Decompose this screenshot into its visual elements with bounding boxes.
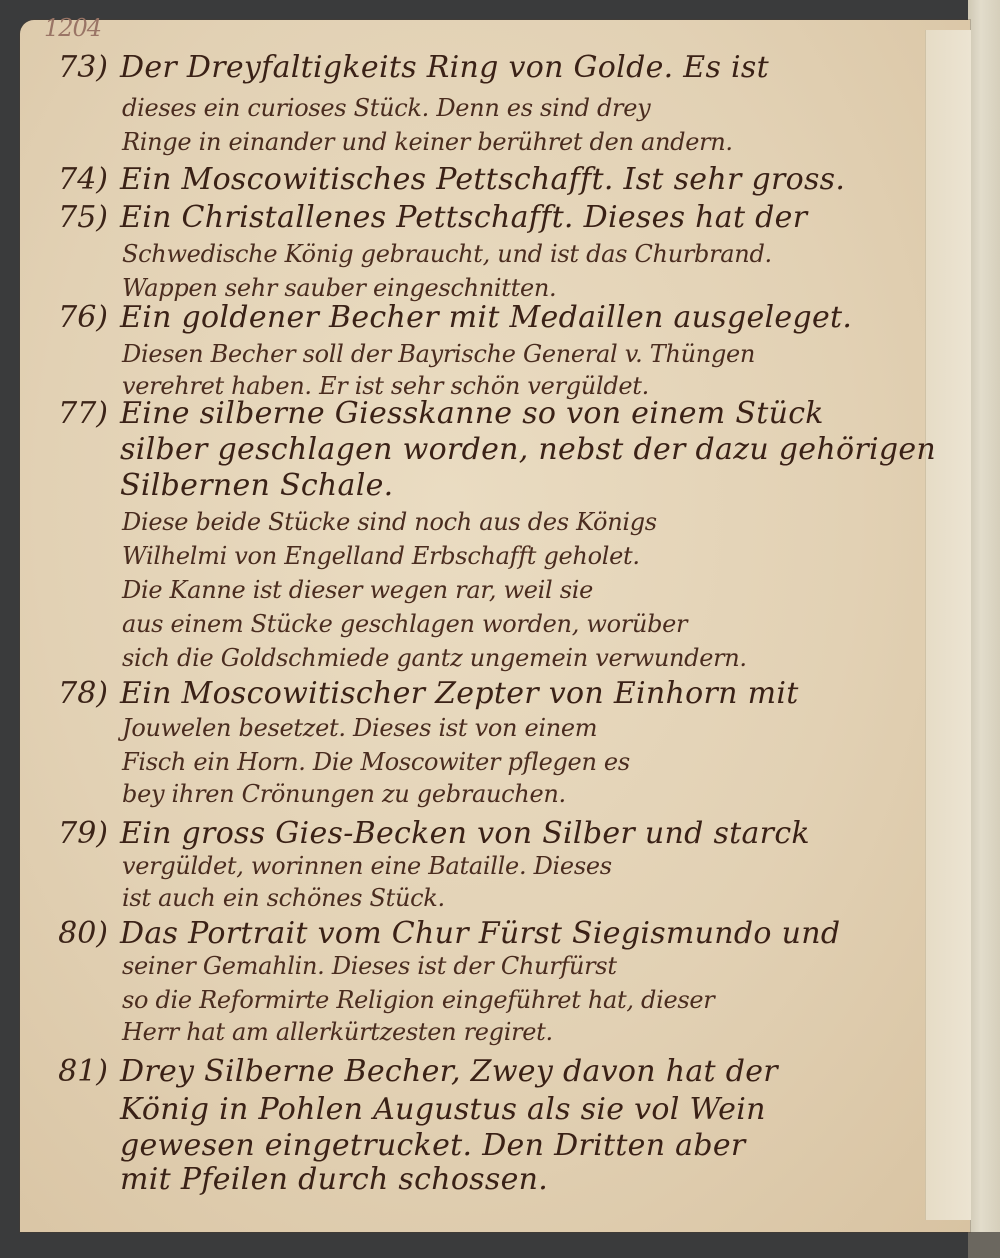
entry-note-line: ist auch ein schönes Stück.	[122, 884, 445, 912]
entry-note-line: Ringe in einander und keiner berühret de…	[122, 128, 733, 156]
entry-number: 79)	[38, 816, 108, 851]
entry-title: Ein Christallenes Pettschafft. Dieses ha…	[120, 200, 807, 235]
entry-note-line: Fisch ein Horn. Die Moscowiter pflegen e…	[122, 748, 630, 776]
entry-note-line: Diese beide Stücke sind noch aus des Kön…	[122, 508, 657, 536]
entry-title-line: König in Pohlen Augustus als sie vol Wei…	[120, 1092, 766, 1127]
entry-note-line: Schwedische König gebraucht, und ist das…	[122, 240, 772, 268]
entry-note-line: Diesen Becher soll der Bayrische General…	[122, 340, 755, 368]
entry-title: Ein gross Gies-Becken von Silber und sta…	[120, 816, 810, 851]
book-spine	[968, 0, 1000, 1258]
page-fold	[925, 30, 971, 1220]
entry-title: Der Dreyfaltigkeits Ring von Golde. Es i…	[120, 50, 769, 85]
entry-number: 73)	[38, 50, 108, 85]
entry-title: Drey Silberne Becher, Zwey davon hat der	[120, 1054, 778, 1089]
entry-number: 75)	[38, 200, 108, 235]
entry-number: 81)	[38, 1054, 108, 1089]
entry-note-line: Wappen sehr sauber eingeschnitten.	[122, 274, 556, 302]
entry-note-line: Jouwelen besetzet. Dieses ist von einem	[122, 714, 597, 742]
folio-number: 1204	[44, 14, 101, 42]
binding-edge-bottom	[968, 1232, 1000, 1258]
entry-note-line: vergüldet, worinnen eine Bataille. Diese…	[122, 852, 612, 880]
entry-note-line: sich die Goldschmiede gantz ungemein ver…	[122, 644, 747, 672]
entry-note-line: Wilhelmi von Engelland Erbschafft gehole…	[122, 542, 640, 570]
entry-note-line: so die Reformirte Religion eingeführet h…	[122, 986, 714, 1014]
entry-number: 76)	[38, 300, 108, 335]
entry-note-line: Herr hat am allerkürtzesten regiret.	[122, 1018, 553, 1046]
entry-number: 77)	[38, 396, 108, 431]
entry-number: 74)	[38, 162, 108, 197]
entry-title: Ein goldener Becher mit Medaillen ausgel…	[120, 300, 852, 335]
entry-number: 80)	[38, 916, 108, 951]
entry-title: Ein Moscowitischer Zepter von Einhorn mi…	[120, 676, 799, 711]
entry-title-line: mit Pfeilen durch schossen.	[120, 1162, 548, 1197]
entry-note-line: bey ihren Crönungen zu gebrauchen.	[122, 780, 566, 808]
entry-number: 78)	[38, 676, 108, 711]
entry-title-line: silber geschlagen worden, nebst der dazu…	[120, 432, 936, 467]
entry-title: Eine silberne Giesskanne so von einem St…	[120, 396, 824, 431]
entry-title: Das Portrait vom Chur Fürst Siegismundo …	[120, 916, 840, 951]
entry-note-line: dieses ein curioses Stück. Denn es sind …	[122, 94, 650, 122]
entry-title-line: Silbernen Schale.	[120, 468, 394, 503]
entry-title-line: gewesen eingetrucket. Den Dritten aber	[120, 1128, 746, 1163]
entry-note-line: aus einem Stücke geschlagen worden, worü…	[122, 610, 687, 638]
entry-note-line: seiner Gemahlin. Dieses ist der Churfürs…	[122, 952, 617, 980]
entry-title: Ein Moscowitisches Pettschafft. Ist sehr…	[120, 162, 845, 197]
entry-note-line: Die Kanne ist dieser wegen rar, weil sie	[122, 576, 593, 604]
